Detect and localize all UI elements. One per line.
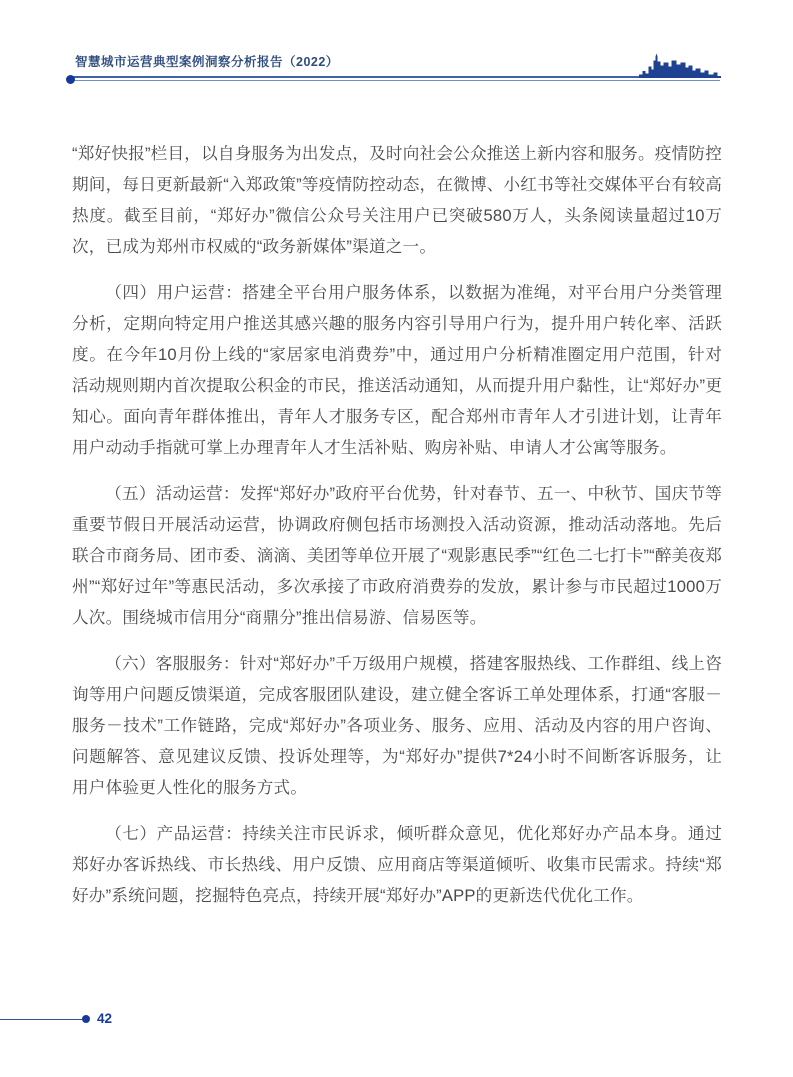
footer-dot [82, 1015, 90, 1023]
paragraph-section-7-product-operations: （七）产品运营：持续关注市民诉求，倾听群众意见，优化郑好办产品本身。通过郑好办客… [72, 818, 722, 911]
paragraph-section-5-activity-operations: （五）活动运营：发挥“郑好办”政府平台优势，针对春节、五一、中秋节、国庆节等重要… [72, 478, 722, 633]
paragraph-continuation: “郑好快报”栏目，以自身服务为出发点，及时向社会公众推送上新内容和服务。疫情防控… [72, 138, 722, 262]
header-dot [66, 75, 75, 84]
footer-rule [0, 1019, 82, 1020]
document-body: “郑好快报”栏目，以自身服务为出发点，及时向社会公众推送上新内容和服务。疫情防控… [72, 138, 722, 926]
paragraph-section-6-customer-service: （六）客服服务：针对“郑好办”千万级用户规模，搭建客服热线、工作群组、线上咨询等… [72, 648, 722, 803]
report-page: 智慧城市运营典型案例洞察分析报告（2022） “郑好快报”栏目，以自身服务为出发… [0, 0, 793, 1077]
header-rule [68, 76, 720, 81]
page-number: 42 [97, 1011, 112, 1026]
city-skyline-icon [639, 52, 723, 78]
header-title: 智慧城市运营典型案例洞察分析报告（2022） [75, 52, 339, 70]
paragraph-section-4-user-operations: （四）用户运营：搭建全平台用户服务体系，以数据为准绳，对平台用户分类管理分析，定… [72, 277, 722, 463]
